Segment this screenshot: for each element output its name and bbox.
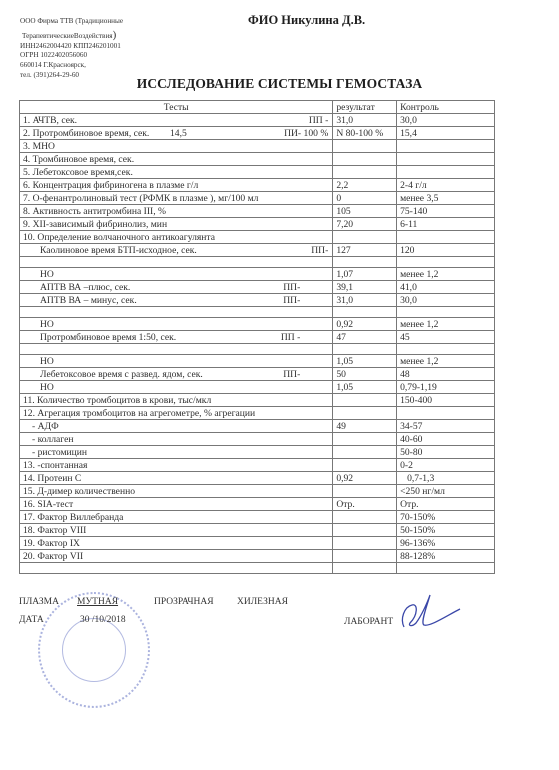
prothrombin-time-value: 14,5 [170,128,187,139]
header-tests: Тесты [20,101,333,114]
table-row: 20. Фактор VII88-128% [20,550,495,563]
test-name-cell: 4. Тромбиновое время, сек. [20,153,333,166]
result-cell: 7,20 [333,218,397,231]
patient-plasma-label: ПП - [309,115,328,126]
test-name-cell: 16. SIA-тест [20,498,333,511]
test-name: 15. Д-димер количественно [23,486,135,497]
control-cell [397,407,495,420]
result-cell [333,433,397,446]
result-cell: 0,92 [333,318,397,331]
test-name: 13. -спонтанная [23,460,87,471]
result-cell: 0 [333,192,397,205]
result-cell: 0,92 [333,472,397,485]
table-row: 8. Активность антитромбина III, %10575-1… [20,205,495,218]
table-row: 3. МНО [20,140,495,153]
signature-icon [398,593,488,633]
test-name-cell: НО [20,355,333,368]
control-cell: 0,7-1,3 [397,472,495,485]
result-cell [333,563,397,574]
result-cell: 49 [333,420,397,433]
test-name: 14. Протеин С [23,473,81,484]
test-name: 2. Протромбиновое время, сек. [23,128,149,139]
plasma-option-chylous: ХИЛЕЗНАЯ [237,597,288,607]
table-row: 16. SIA-тестОтр.Отр. [20,498,495,511]
patient-plasma-label: ПП- [311,245,328,256]
result-cell [333,446,397,459]
result-cell: 50 [333,368,397,381]
control-cell: 40-60 [397,433,495,446]
test-name: НО [40,319,54,330]
control-cell: 41,0 [397,281,495,294]
result-cell: 1,05 [333,355,397,368]
test-name-cell: 11. Количество тромбоцитов в крови, тыс/… [20,394,333,407]
test-name: 6. Концентрация фибриногена в плазме г/л [23,180,198,191]
control-cell: 6-11 [397,218,495,231]
control-cell: 30,0 [397,114,495,127]
result-cell [333,485,397,498]
test-name: 16. SIA-тест [23,499,73,510]
test-name: 11. Количество тромбоцитов в крови, тыс/… [23,395,211,406]
table-row [20,257,495,268]
result-cell [333,153,397,166]
test-name-cell: Протромбиновое время 1:50, сек.ПП - [20,331,333,344]
result-cell: 39,1 [333,281,397,294]
result-cell [333,537,397,550]
result-cell [333,394,397,407]
org-inn: ИНН2462004420 КПП246201001 [20,42,123,52]
test-name-cell: Лебетоксовое время с развед. ядом, сек.П… [20,368,333,381]
control-cell: 50-80 [397,446,495,459]
test-name: 20. Фактор VII [23,551,83,562]
patient-plasma-label: ПИ- 100 % [284,128,328,139]
control-cell [397,153,495,166]
control-cell: 2-4 г/л [397,179,495,192]
result-cell [333,257,397,268]
table-row: 1. АЧТВ, сек.ПП -31,030,0 [20,114,495,127]
patient-plasma-label: ПП- [283,295,300,306]
patient-name: ФИО Никулина Д.В. [248,13,365,28]
test-name-cell: - ристомицин [20,446,333,459]
table-row: Лебетоксовое время с развед. ядом, сек.П… [20,368,495,381]
control-cell: 150-400 [397,394,495,407]
test-name: 9. XII-зависимый фибринолиз, мин [23,219,167,230]
table-row: Каолиновое время БТП-исходное, сек.ПП-12… [20,244,495,257]
control-cell: 30,0 [397,294,495,307]
result-cell [333,511,397,524]
test-name: 8. Активность антитромбина III, % [23,206,166,217]
date-value: 30 /10/2018 [80,615,126,625]
test-name: 4. Тромбиновое время, сек. [23,154,134,165]
test-name-cell: 6. Концентрация фибриногена в плазме г/л [20,179,333,192]
test-name: 10. Определение волчаночного антикоагуля… [23,232,215,243]
test-name: 5. Лебетоксовое время,сек. [23,167,133,178]
test-name: НО [40,382,54,393]
table-row: 17. Фактор Виллебранда70-150% [20,511,495,524]
test-name: 17. Фактор Виллебранда [23,512,123,523]
test-name-cell [20,344,333,355]
result-cell: 1,07 [333,268,397,281]
table-row: 15. Д-димер количественно<250 нг/мл [20,485,495,498]
test-name: - АДФ [32,421,59,432]
result-cell [333,524,397,537]
test-name: НО [40,356,54,367]
test-name: 18. Фактор VIII [23,525,86,536]
table-row: 12. Агрегация тромбоцитов на агрегометре… [20,407,495,420]
org-line-1: ООО Фирма ТТВ (Традиционные [20,17,123,27]
table-row: - АДФ4934-57 [20,420,495,433]
test-name-cell [20,257,333,268]
test-name-cell [20,563,333,574]
table-row: НО1,050,79-1,19 [20,381,495,394]
control-cell: Отр. [397,498,495,511]
control-cell [397,140,495,153]
organization-info: ООО Фирма ТТВ (Традиционные Терапевтичес… [20,17,123,81]
test-name-cell: 13. -спонтанная [20,459,333,472]
table-row: АПТВ ВА – минус, сек.ПП-31,030,0 [20,294,495,307]
control-cell [397,563,495,574]
control-cell [397,344,495,355]
test-name-cell: 20. Фактор VII [20,550,333,563]
result-cell: Отр. [333,498,397,511]
header-result: результат [333,101,397,114]
result-cell: 127 [333,244,397,257]
org-ogrn: ОГРН 1022402056060 [20,51,123,61]
test-name: 19. Фактор IX [23,538,80,549]
test-name: Протромбиновое время 1:50, сек. [40,332,176,343]
table-header-row: Тесты результат Контроль [20,101,495,114]
table-row: АПТВ ВА –плюс, сек.ПП-39,141,0 [20,281,495,294]
control-cell: менее 1,2 [397,318,495,331]
control-cell [397,307,495,318]
table-row: 11. Количество тромбоцитов в крови, тыс/… [20,394,495,407]
test-name: АПТВ ВА –плюс, сек. [40,282,130,293]
test-name-cell: 9. XII-зависимый фибринолиз, мин [20,218,333,231]
result-cell [333,140,397,153]
test-name-cell: 18. Фактор VIII [20,524,333,537]
org-line-2: ТерапевтическиеВоздействия) [20,31,123,42]
test-name-cell: Каолиновое время БТП-исходное, сек.ПП- [20,244,333,257]
result-cell [333,307,397,318]
stamp-inner-circle [62,618,126,682]
test-name: - ристомицин [32,447,87,458]
table-row: НО1,07менее 1,2 [20,268,495,281]
test-name-cell: АПТВ ВА – минус, сек.ПП- [20,294,333,307]
result-cell [333,459,397,472]
table-row: НО1,05менее 1,2 [20,355,495,368]
test-name-cell: НО [20,318,333,331]
test-name: НО [40,269,54,280]
patient-plasma-label: ПП - [281,332,300,343]
date-label: ДАТА [19,615,44,625]
result-cell: 105 [333,205,397,218]
test-name: - коллаген [32,434,73,445]
table-row: 14. Протеин С0,920,7-1,3 [20,472,495,485]
table-row: 7. О-фенантролиновый тест (РФМК в плазме… [20,192,495,205]
test-name-cell: 10. Определение волчаночного антикоагуля… [20,231,333,244]
result-cell: 31,0 [333,114,397,127]
table-row: 9. XII-зависимый фибринолиз, мин7,206-11 [20,218,495,231]
test-name-cell: 14. Протеин С [20,472,333,485]
control-cell: 50-150% [397,524,495,537]
plasma-label: ПЛАЗМА [19,597,59,607]
table-row: 18. Фактор VIII50-150% [20,524,495,537]
control-cell [397,166,495,179]
result-cell [333,344,397,355]
test-name-cell: - АДФ [20,420,333,433]
test-name: Каолиновое время БТП-исходное, сек. [40,245,197,256]
test-name-cell: 19. Фактор IX [20,537,333,550]
test-name: 3. МНО [23,141,55,152]
table-row: 19. Фактор IX96-136% [20,537,495,550]
test-name-cell: 15. Д-димер количественно [20,485,333,498]
table-row [20,307,495,318]
control-cell: 34-57 [397,420,495,433]
test-name-cell: АПТВ ВА –плюс, сек.ПП- [20,281,333,294]
control-cell: 48 [397,368,495,381]
test-name-cell: 1. АЧТВ, сек.ПП - [20,114,333,127]
control-cell: менее 3,5 [397,192,495,205]
control-cell: менее 1,2 [397,268,495,281]
plasma-option-turbid: МУТНАЯ [77,597,118,607]
test-name: 7. О-фенантролиновый тест (РФМК в плазме… [23,193,258,204]
control-cell: 70-150% [397,511,495,524]
control-cell: 15,4 [397,127,495,140]
test-name-cell: - коллаген [20,433,333,446]
results-table: Тесты результат Контроль 1. АЧТВ, сек.ПП… [19,100,495,574]
table-row: 5. Лебетоксовое время,сек. [20,166,495,179]
stamp-seal [38,592,150,708]
result-cell [333,407,397,420]
control-cell: <250 нг/мл [397,485,495,498]
table-row: 6. Концентрация фибриногена в плазме г/л… [20,179,495,192]
table-row: 4. Тромбиновое время, сек. [20,153,495,166]
table-row: НО0,92менее 1,2 [20,318,495,331]
test-name-cell: 5. Лебетоксовое время,сек. [20,166,333,179]
control-cell: менее 1,2 [397,355,495,368]
plasma-option-clear: ПРОЗРАЧНАЯ [154,597,214,607]
table-row: 2. Протромбиновое время, сек.14,5ПИ- 100… [20,127,495,140]
result-cell: 31,0 [333,294,397,307]
test-name-cell: 17. Фактор Виллебранда [20,511,333,524]
table-row [20,563,495,574]
test-name: АПТВ ВА – минус, сек. [40,295,137,306]
test-name-cell: 2. Протромбиновое время, сек.14,5ПИ- 100… [20,127,333,140]
result-cell [333,166,397,179]
table-body: 1. АЧТВ, сек.ПП -31,030,02. Протромбинов… [20,114,495,574]
test-name-cell: НО [20,268,333,281]
control-cell: 0,79-1,19 [397,381,495,394]
table-row: 10. Определение волчаночного антикоагуля… [20,231,495,244]
result-cell: 47 [333,331,397,344]
document-title: ИССЛЕДОВАНИЕ СИСТЕМЫ ГЕМОСТАЗА [0,76,559,92]
test-name-cell: 3. МНО [20,140,333,153]
control-cell: 96-136% [397,537,495,550]
result-cell [333,231,397,244]
test-name-cell: НО [20,381,333,394]
control-cell: 0-2 [397,459,495,472]
lab-assistant-label: ЛАБОРАНТ [344,617,393,627]
table-row: - ристомицин50-80 [20,446,495,459]
table-row: - коллаген40-60 [20,433,495,446]
control-cell: 75-140 [397,205,495,218]
patient-plasma-label: ПП- [283,282,300,293]
patient-plasma-label: ПП- [283,369,300,380]
control-cell: 45 [397,331,495,344]
result-cell [333,550,397,563]
control-cell: 120 [397,244,495,257]
table-row: Протромбиновое время 1:50, сек.ПП -4745 [20,331,495,344]
test-name: Лебетоксовое время с развед. ядом, сек. [40,369,203,380]
control-cell: 88-128% [397,550,495,563]
control-cell [397,231,495,244]
test-name-cell: 7. О-фенантролиновый тест (РФМК в плазме… [20,192,333,205]
test-name-cell [20,307,333,318]
test-name: 12. Агрегация тромбоцитов на агрегометре… [23,408,255,419]
header-control: Контроль [397,101,495,114]
test-name-cell: 12. Агрегация тромбоцитов на агрегометре… [20,407,333,420]
result-cell: N 80-100 % [333,127,397,140]
org-address: 660014 Г.Красноярск, [20,61,123,71]
result-cell: 1,05 [333,381,397,394]
result-cell: 2,2 [333,179,397,192]
test-name-cell: 8. Активность антитромбина III, % [20,205,333,218]
test-name: 1. АЧТВ, сек. [23,115,77,126]
control-cell [397,257,495,268]
table-row [20,344,495,355]
table-row: 13. -спонтанная0-2 [20,459,495,472]
